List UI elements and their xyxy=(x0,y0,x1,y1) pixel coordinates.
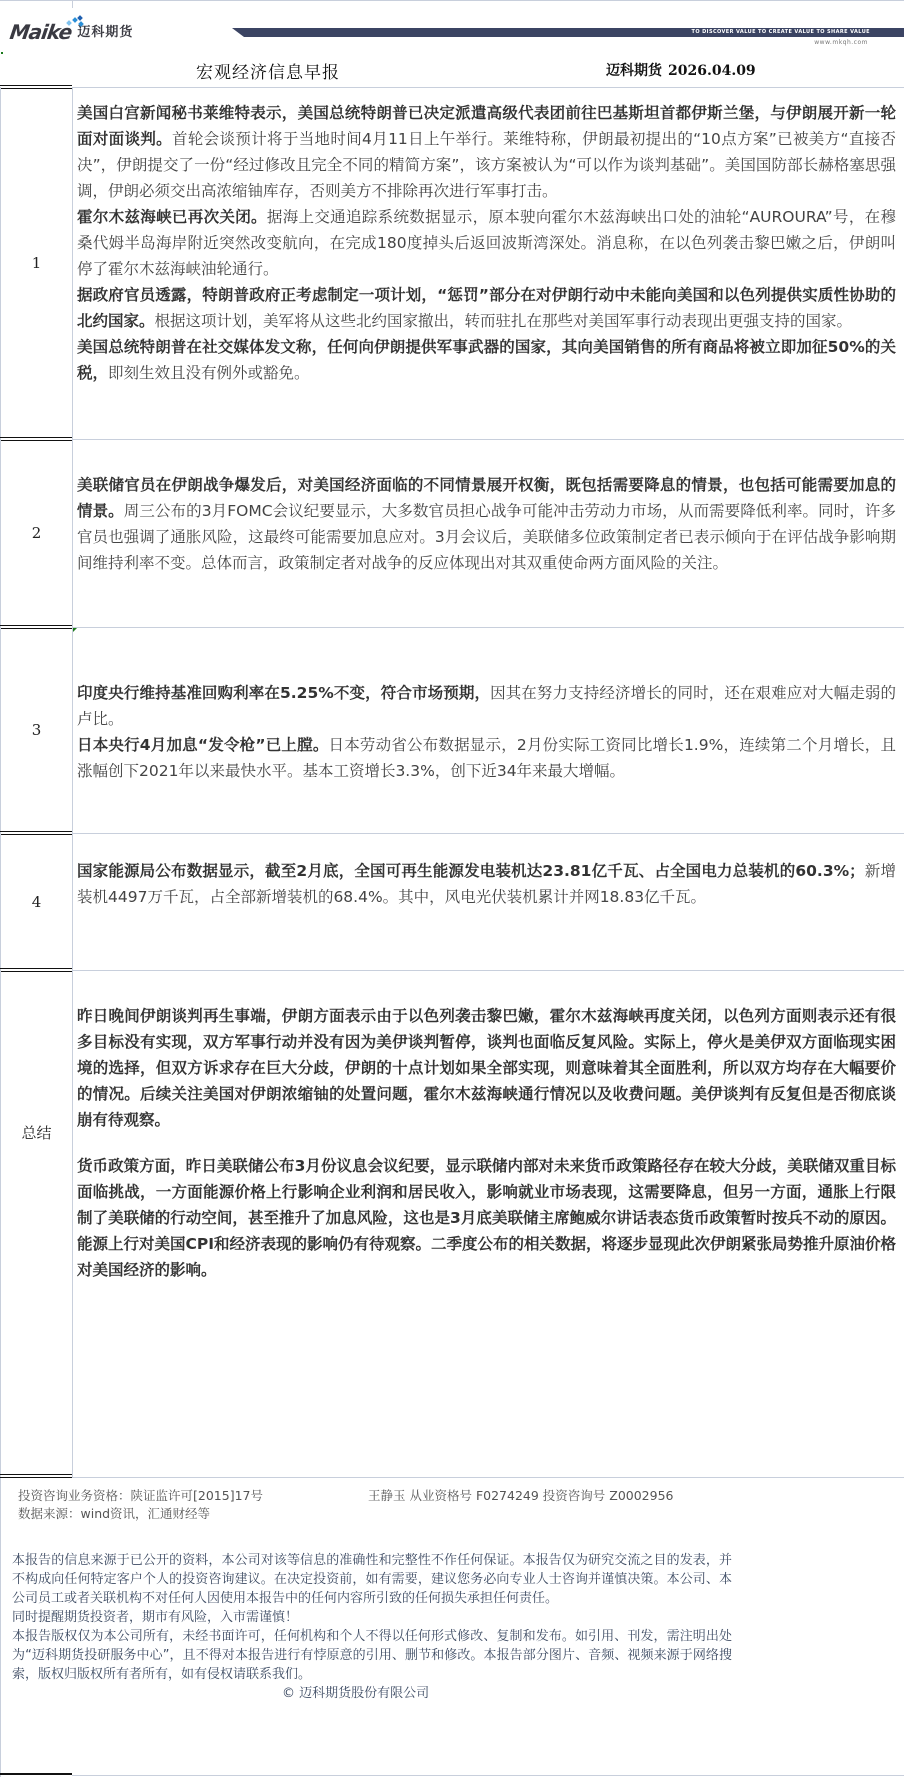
top-tick xyxy=(72,0,73,8)
website-url: www.mkqh.com xyxy=(814,39,868,46)
qualification-text: 投资咨询业务资格：陕证监许可[2015]17号 xyxy=(18,1487,263,1505)
headline: 印度央行维持基准回购利率在5.25%不变，符合市场预期， xyxy=(77,684,490,702)
report-meta: 迈科期货2026.04.09 xyxy=(606,60,762,80)
row-content: 国家能源局公布数据显示，截至2月底，全国可再生能源发电装机达23.81亿千瓦、占… xyxy=(72,833,904,970)
copyright-notice: 本报告版权仅为本公司所有，未经书面许可，任何机构和个人不得以任何形式修改、复制和… xyxy=(12,1627,732,1684)
cell-marker xyxy=(1,52,3,54)
bottom-border xyxy=(72,1775,904,1776)
company-name: 迈科期货 xyxy=(606,63,662,79)
copyright-line: © 迈科期货股份有限公司 xyxy=(12,1684,732,1703)
risk-warning: 同时提醒期货投资者，期市有风险，入市需谨慎！ xyxy=(12,1608,732,1627)
banner-slogan: TO DISCOVER VALUE TO CREATE VALUE TO SHA… xyxy=(692,29,870,36)
news-paragraph: 日本央行4月加息“发令枪”已上膛。日本劳动省公布数据显示，2月份实际工资同比增长… xyxy=(77,732,896,784)
disclaimer-paragraph: 本报告的信息来源于已公开的资料，本公司对该等信息的准确性和完整性不作任何保证。本… xyxy=(12,1551,732,1608)
table-row: 2 美联储官员在伊朗战争爆发后，对美国经济面临的不同情景展开权衡，既包括需要降息… xyxy=(0,439,904,627)
summary-paragraph: 昨日晚间伊朗谈判再生事端，伊朗方面表示由于以色列袭击黎巴嫩，霍尔木兹海峡再度关闭… xyxy=(77,1003,896,1133)
table-row: 4 国家能源局公布数据显示，截至2月底，全国可再生能源发电装机达23.81亿千瓦… xyxy=(0,833,904,970)
row-content: 美国白宫新闻秘书莱维特表示，美国总统特朗普已决定派遣高级代表团前往巴基斯坦首都伊… xyxy=(72,87,904,439)
logo-wordmark: Maike xyxy=(9,22,73,42)
body-text: 即刻生效且没有例外或豁免。 xyxy=(108,364,310,382)
row-content: 美联储官员在伊朗战争爆发后，对美国经济面临的不同情景展开权衡，既包括需要降息的情… xyxy=(72,439,904,627)
news-paragraph: 国家能源局公布数据显示，截至2月底，全国可再生能源发电装机达23.81亿千瓦、占… xyxy=(77,858,896,910)
news-paragraph: 美联储官员在伊朗战争爆发后，对美国经济面临的不同情景展开权衡，既包括需要降息的情… xyxy=(77,472,896,576)
headline: 霍尔木兹海峡已再次关闭。 xyxy=(77,208,267,226)
report-footer: 投资咨询业务资格：陕证监许可[2015]17号 王静玉 从业资格号 F02742… xyxy=(0,1477,904,1777)
row-label: 2 xyxy=(0,439,72,627)
table-row: 1 美国白宫新闻秘书莱维特表示，美国总统特朗普已决定派遣高级代表团前往巴基斯坦首… xyxy=(0,87,904,439)
news-paragraph: 美国白宫新闻秘书莱维特表示，美国总统特朗普已决定派遣高级代表团前往巴基斯坦首都伊… xyxy=(77,100,896,204)
analyst-info: 王静玉 从业资格号 F0274249 投资咨询号 Z0002956 xyxy=(368,1487,674,1505)
body-text: 首轮会谈预计将于当地时间4月11日上午举行。莱维特称，伊朗最初提出的“10点方案… xyxy=(77,130,896,200)
news-paragraph: 据政府官员透露，特朗普政府正考虑制定一项计划，“惩罚”部分在对伊朗行动中未能向美… xyxy=(77,282,896,334)
summary-content: 昨日晚间伊朗谈判再生事端，伊朗方面表示由于以色列袭击黎巴嫩，霍尔木兹海峡再度关闭… xyxy=(72,970,904,1477)
row-label: 1 xyxy=(0,87,72,439)
disclaimer: 本报告的信息来源于已公开的资料，本公司对该等信息的准确性和完整性不作任何保证。本… xyxy=(12,1551,732,1703)
table-row: 3 印度央行维持基准回购利率在5.25%不变，符合市场预期，因其在努力支持经济增… xyxy=(0,627,904,833)
report-header: Maike 迈科期货 TO DISCOVER VALUE TO CREATE V… xyxy=(0,0,904,50)
company-logo: Maike 迈科期货 xyxy=(10,20,133,42)
news-paragraph: 美国总统特朗普在社交媒体发文称，任何向伊朗提供军事武器的国家，其向美国销售的所有… xyxy=(77,334,896,386)
summary-label: 总结 xyxy=(0,970,72,1477)
logo-chinese-name: 迈科期货 xyxy=(77,24,133,42)
headline: 日本央行4月加息“发令枪”已上膛。 xyxy=(77,736,329,754)
body-text: 根据这项计划，美军将从这些北约国家撤出，转而驻扎在那些对美国军事行动表现出更强支… xyxy=(155,312,853,330)
report-date: 2026.04.09 xyxy=(668,63,756,79)
row-content: 印度央行维持基准回购利率在5.25%不变，符合市场预期，因其在努力支持经济增长的… xyxy=(72,627,904,833)
row-label: 4 xyxy=(0,833,72,970)
row-separator xyxy=(0,1474,72,1478)
data-source: 数据来源：wind资讯，汇通财经等 xyxy=(18,1505,263,1523)
headline: 国家能源局公布数据显示，截至2月底，全国可再生能源发电装机达23.81亿千瓦、占… xyxy=(77,862,865,880)
news-paragraph: 印度央行维持基准回购利率在5.25%不变，符合市场预期，因其在努力支持经济增长的… xyxy=(77,680,896,732)
summary-row: 总结 昨日晚间伊朗谈判再生事端，伊朗方面表示由于以色列袭击黎巴嫩，霍尔木兹海峡再… xyxy=(0,970,904,1477)
summary-paragraph: 货币政策方面，昨日美联储公布3月份议息会议纪要，显示联储内部对未来货币政策路径存… xyxy=(77,1153,896,1283)
news-paragraph: 霍尔木兹海峡已再次关闭。据海上交通追踪系统数据显示，原本驶向霍尔木兹海峡出口处的… xyxy=(77,204,896,282)
top-border xyxy=(0,0,904,1)
page-title: 宏观经济信息早报 xyxy=(196,58,340,83)
bottom-separator xyxy=(0,1773,72,1775)
title-row: 宏观经济信息早报 迈科期货2026.04.09 xyxy=(0,50,904,88)
credentials: 投资咨询业务资格：陕证监许可[2015]17号 王静玉 从业资格号 F02742… xyxy=(18,1487,263,1523)
body-text: 周三公布的3月FOMC会议纪要显示，大多数官员担心战争可能冲击劳动力市场，从而需… xyxy=(77,502,896,572)
row-label: 3 xyxy=(0,627,72,833)
